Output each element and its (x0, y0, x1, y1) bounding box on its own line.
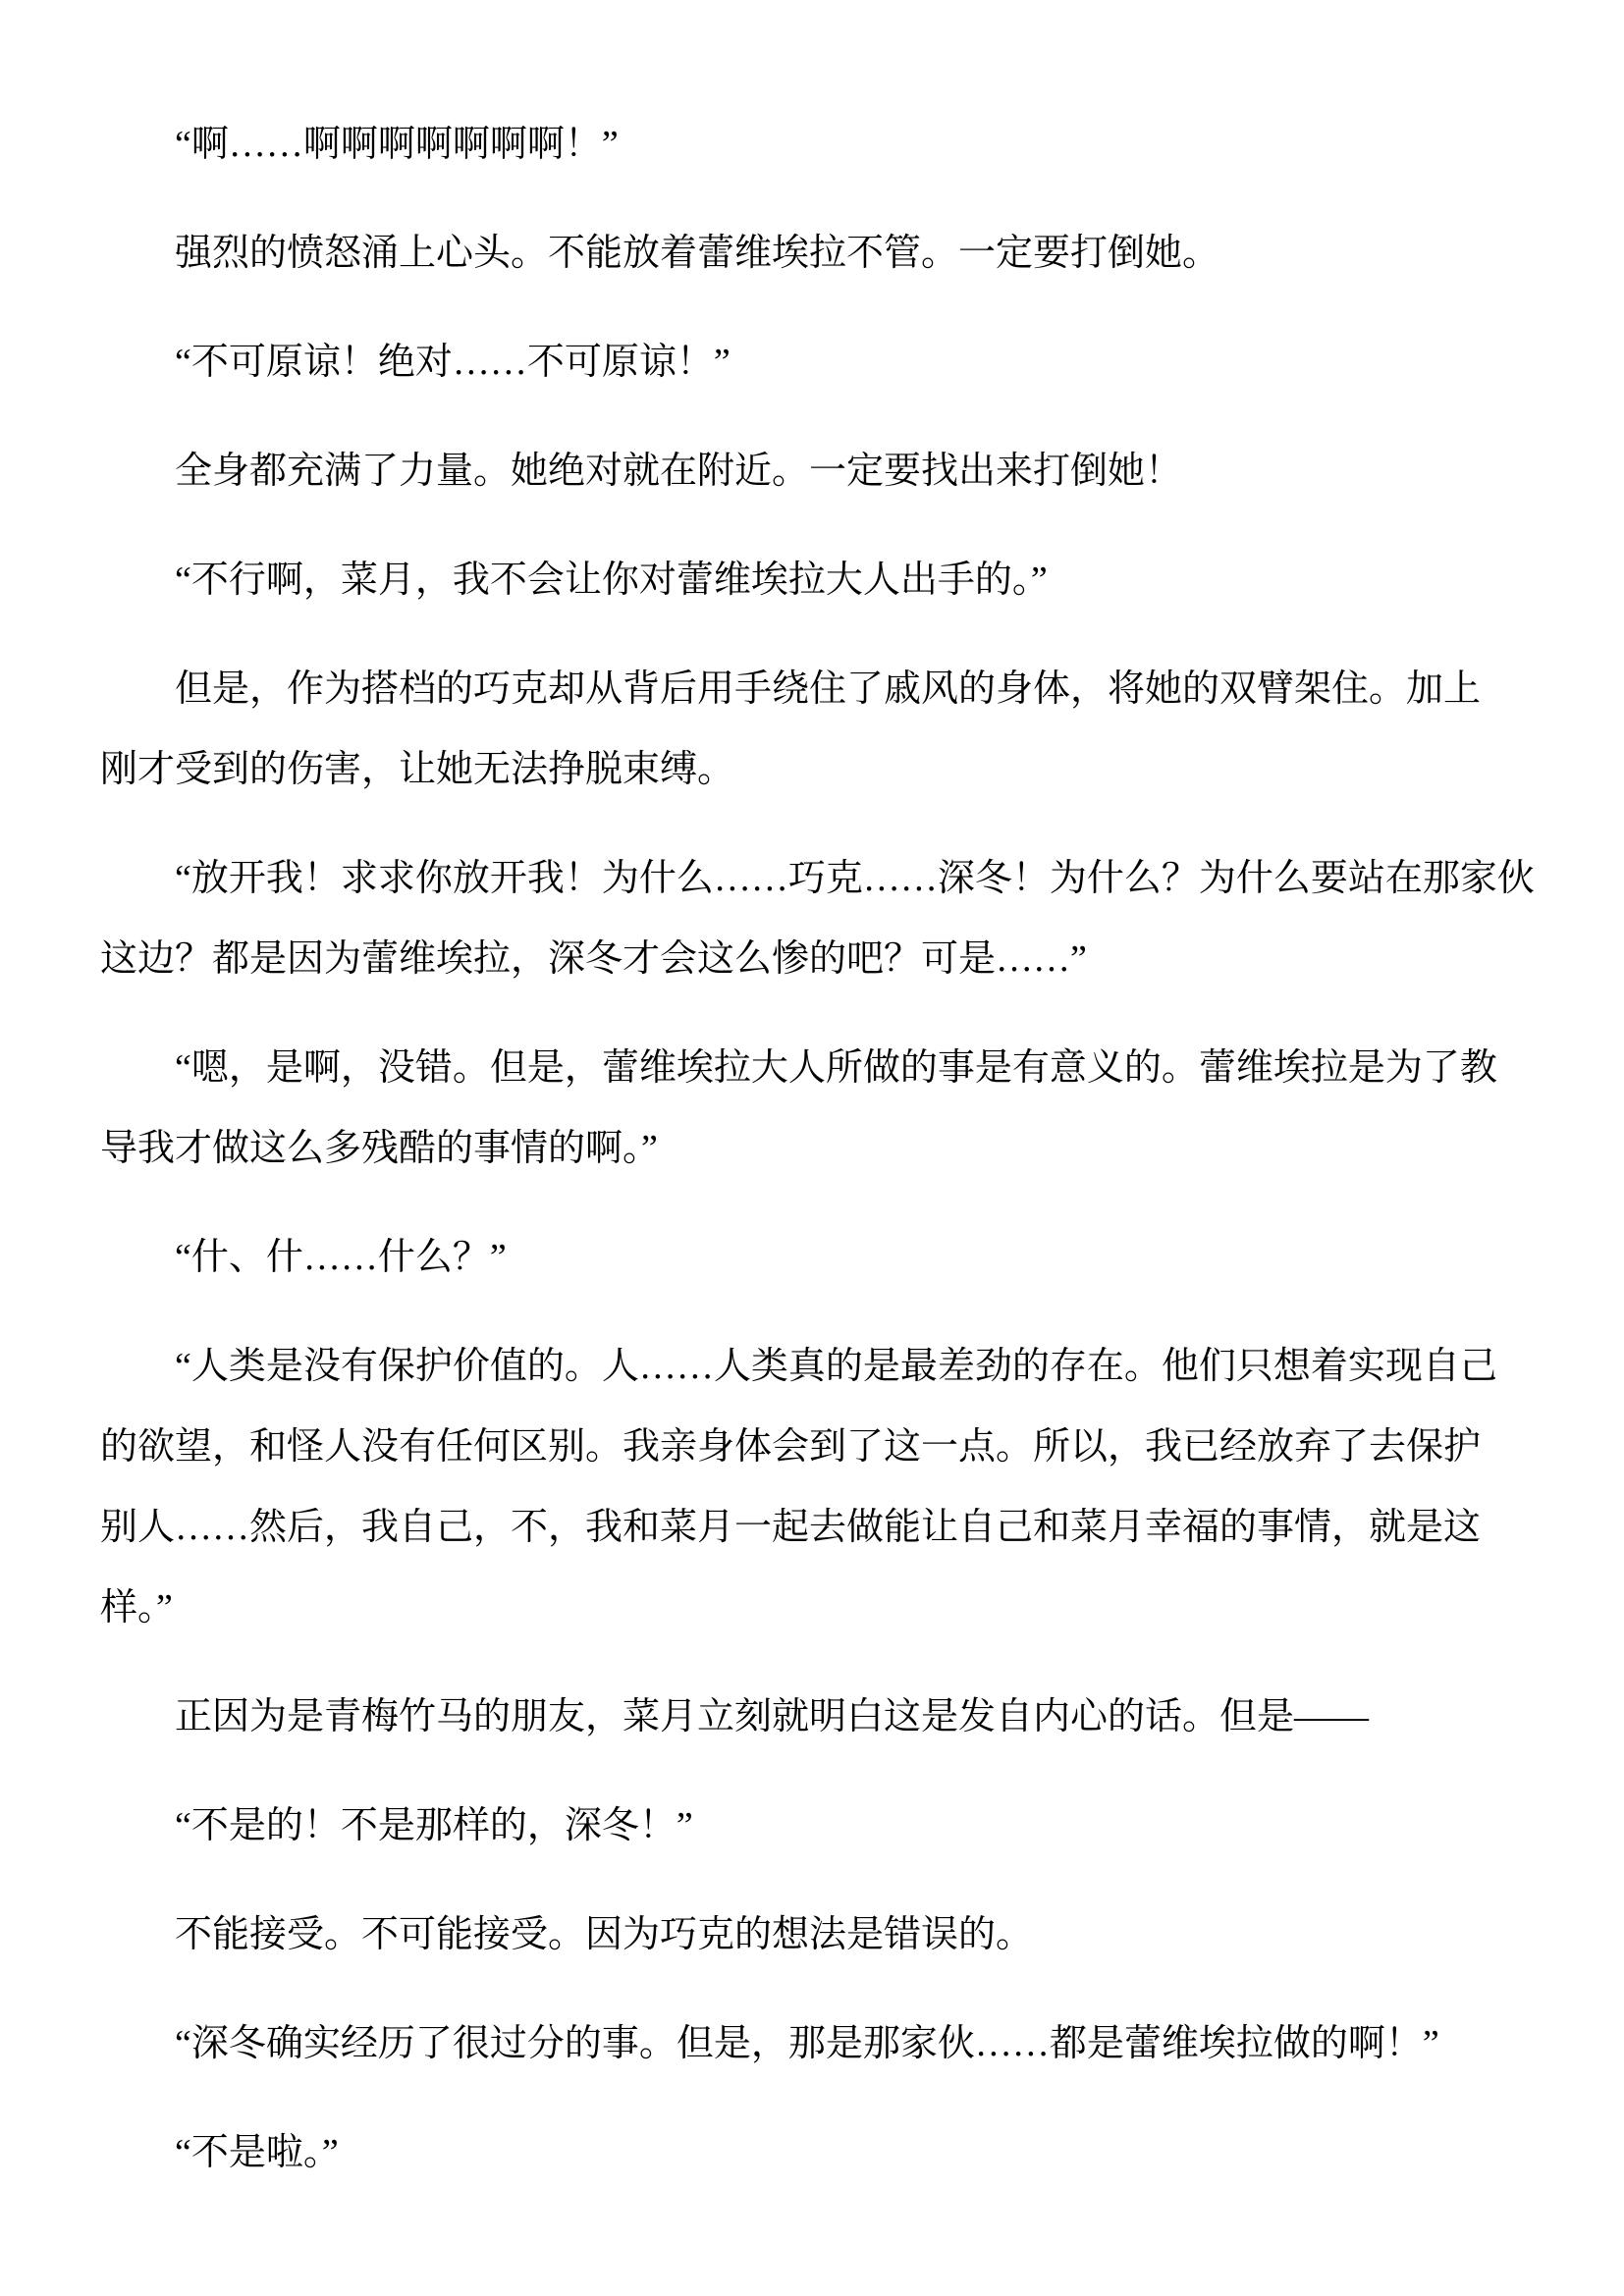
paragraph-13: 不能接受。不可能接受。因为巧克的想法是错误的。 (100, 1895, 1526, 1975)
text-line: 但是，作为搭档的巧克却从背后用手绕住了戚风的身体，将她的双臂架住。加上 (100, 649, 1526, 729)
text-line: 导我才做这么多残酷的事情的啊。” (100, 1108, 1526, 1189)
paragraph-4: 全身都充满了力量。她绝对就在附近。一定要找出来打倒她！ (100, 431, 1526, 511)
text-line: 刚才受到的伤害，让她无法挣脱束缚。 (100, 729, 1526, 810)
paragraph-15: “不是啦。” (100, 2112, 1526, 2193)
paragraph-5: “不行啊，菜月，我不会让你对蕾维埃拉大人出手的。” (100, 540, 1526, 620)
document-page: “啊……啊啊啊啊啊啊啊！” 强烈的愤怒涌上心头。不能放着蕾维埃拉不管。一定要打倒… (0, 0, 1624, 2296)
paragraph-6: 但是，作为搭档的巧克却从背后用手绕住了戚风的身体，将她的双臂架住。加上 刚才受到… (100, 649, 1526, 810)
text-line: “不行啊，菜月，我不会让你对蕾维埃拉大人出手的。” (100, 540, 1526, 620)
paragraph-1: “啊……啊啊啊啊啊啊啊！” (100, 104, 1526, 185)
text-line: “不是啦。” (100, 2112, 1526, 2193)
text-line: “啊……啊啊啊啊啊啊啊！” (100, 104, 1526, 185)
paragraph-12: “不是的！不是那样的，深冬！” (100, 1786, 1526, 1866)
paragraph-8: “嗯，是啊，没错。但是，蕾维埃拉大人所做的事是有意义的。蕾维埃拉是为了教 导我才… (100, 1028, 1526, 1189)
paragraph-2: 强烈的愤怒涌上心头。不能放着蕾维埃拉不管。一定要打倒她。 (100, 213, 1526, 294)
text-line: 全身都充满了力量。她绝对就在附近。一定要找出来打倒她！ (100, 431, 1526, 511)
text-line: 样。” (100, 1568, 1526, 1648)
text-line: 正因为是青梅竹马的朋友，菜月立刻就明白这是发自内心的话。但是—— (100, 1677, 1526, 1757)
text-line: “人类是没有保护价值的。人……人类真的是最差劲的存在。他们只想着实现自己 (100, 1326, 1526, 1407)
text-line: 别人……然后，我自己，不，我和菜月一起去做能让自己和菜月幸福的事情，就是这 (100, 1487, 1526, 1568)
paragraph-9: “什、什……什么？” (100, 1217, 1526, 1298)
paragraph-10: “人类是没有保护价值的。人……人类真的是最差劲的存在。他们只想着实现自己 的欲望… (100, 1326, 1526, 1648)
text-line: “什、什……什么？” (100, 1217, 1526, 1298)
paragraph-7: “放开我！求求你放开我！为什么……巧克……深冬！为什么？为什么要站在那家伙 这边… (100, 838, 1526, 999)
paragraph-14: “深冬确实经历了很过分的事。但是，那是那家伙……都是蕾维埃拉做的啊！” (100, 2003, 1526, 2084)
text-line: “深冬确实经历了很过分的事。但是，那是那家伙……都是蕾维埃拉做的啊！” (100, 2003, 1526, 2084)
text-line: 这边？都是因为蕾维埃拉，深冬才会这么惨的吧？可是……” (100, 919, 1526, 999)
text-line: “放开我！求求你放开我！为什么……巧克……深冬！为什么？为什么要站在那家伙 (100, 838, 1526, 919)
text-line: “不可原谅！绝对……不可原谅！” (100, 322, 1526, 402)
text-line: “不是的！不是那样的，深冬！” (100, 1786, 1526, 1866)
text-line: 的欲望，和怪人没有任何区别。我亲身体会到了这一点。所以，我已经放弃了去保护 (100, 1407, 1526, 1487)
text-line: 不能接受。不可能接受。因为巧克的想法是错误的。 (100, 1895, 1526, 1975)
paragraph-3: “不可原谅！绝对……不可原谅！” (100, 322, 1526, 402)
paragraph-11: 正因为是青梅竹马的朋友，菜月立刻就明白这是发自内心的话。但是—— (100, 1677, 1526, 1757)
text-line: 强烈的愤怒涌上心头。不能放着蕾维埃拉不管。一定要打倒她。 (100, 213, 1526, 294)
text-line: “嗯，是啊，没错。但是，蕾维埃拉大人所做的事是有意义的。蕾维埃拉是为了教 (100, 1028, 1526, 1108)
